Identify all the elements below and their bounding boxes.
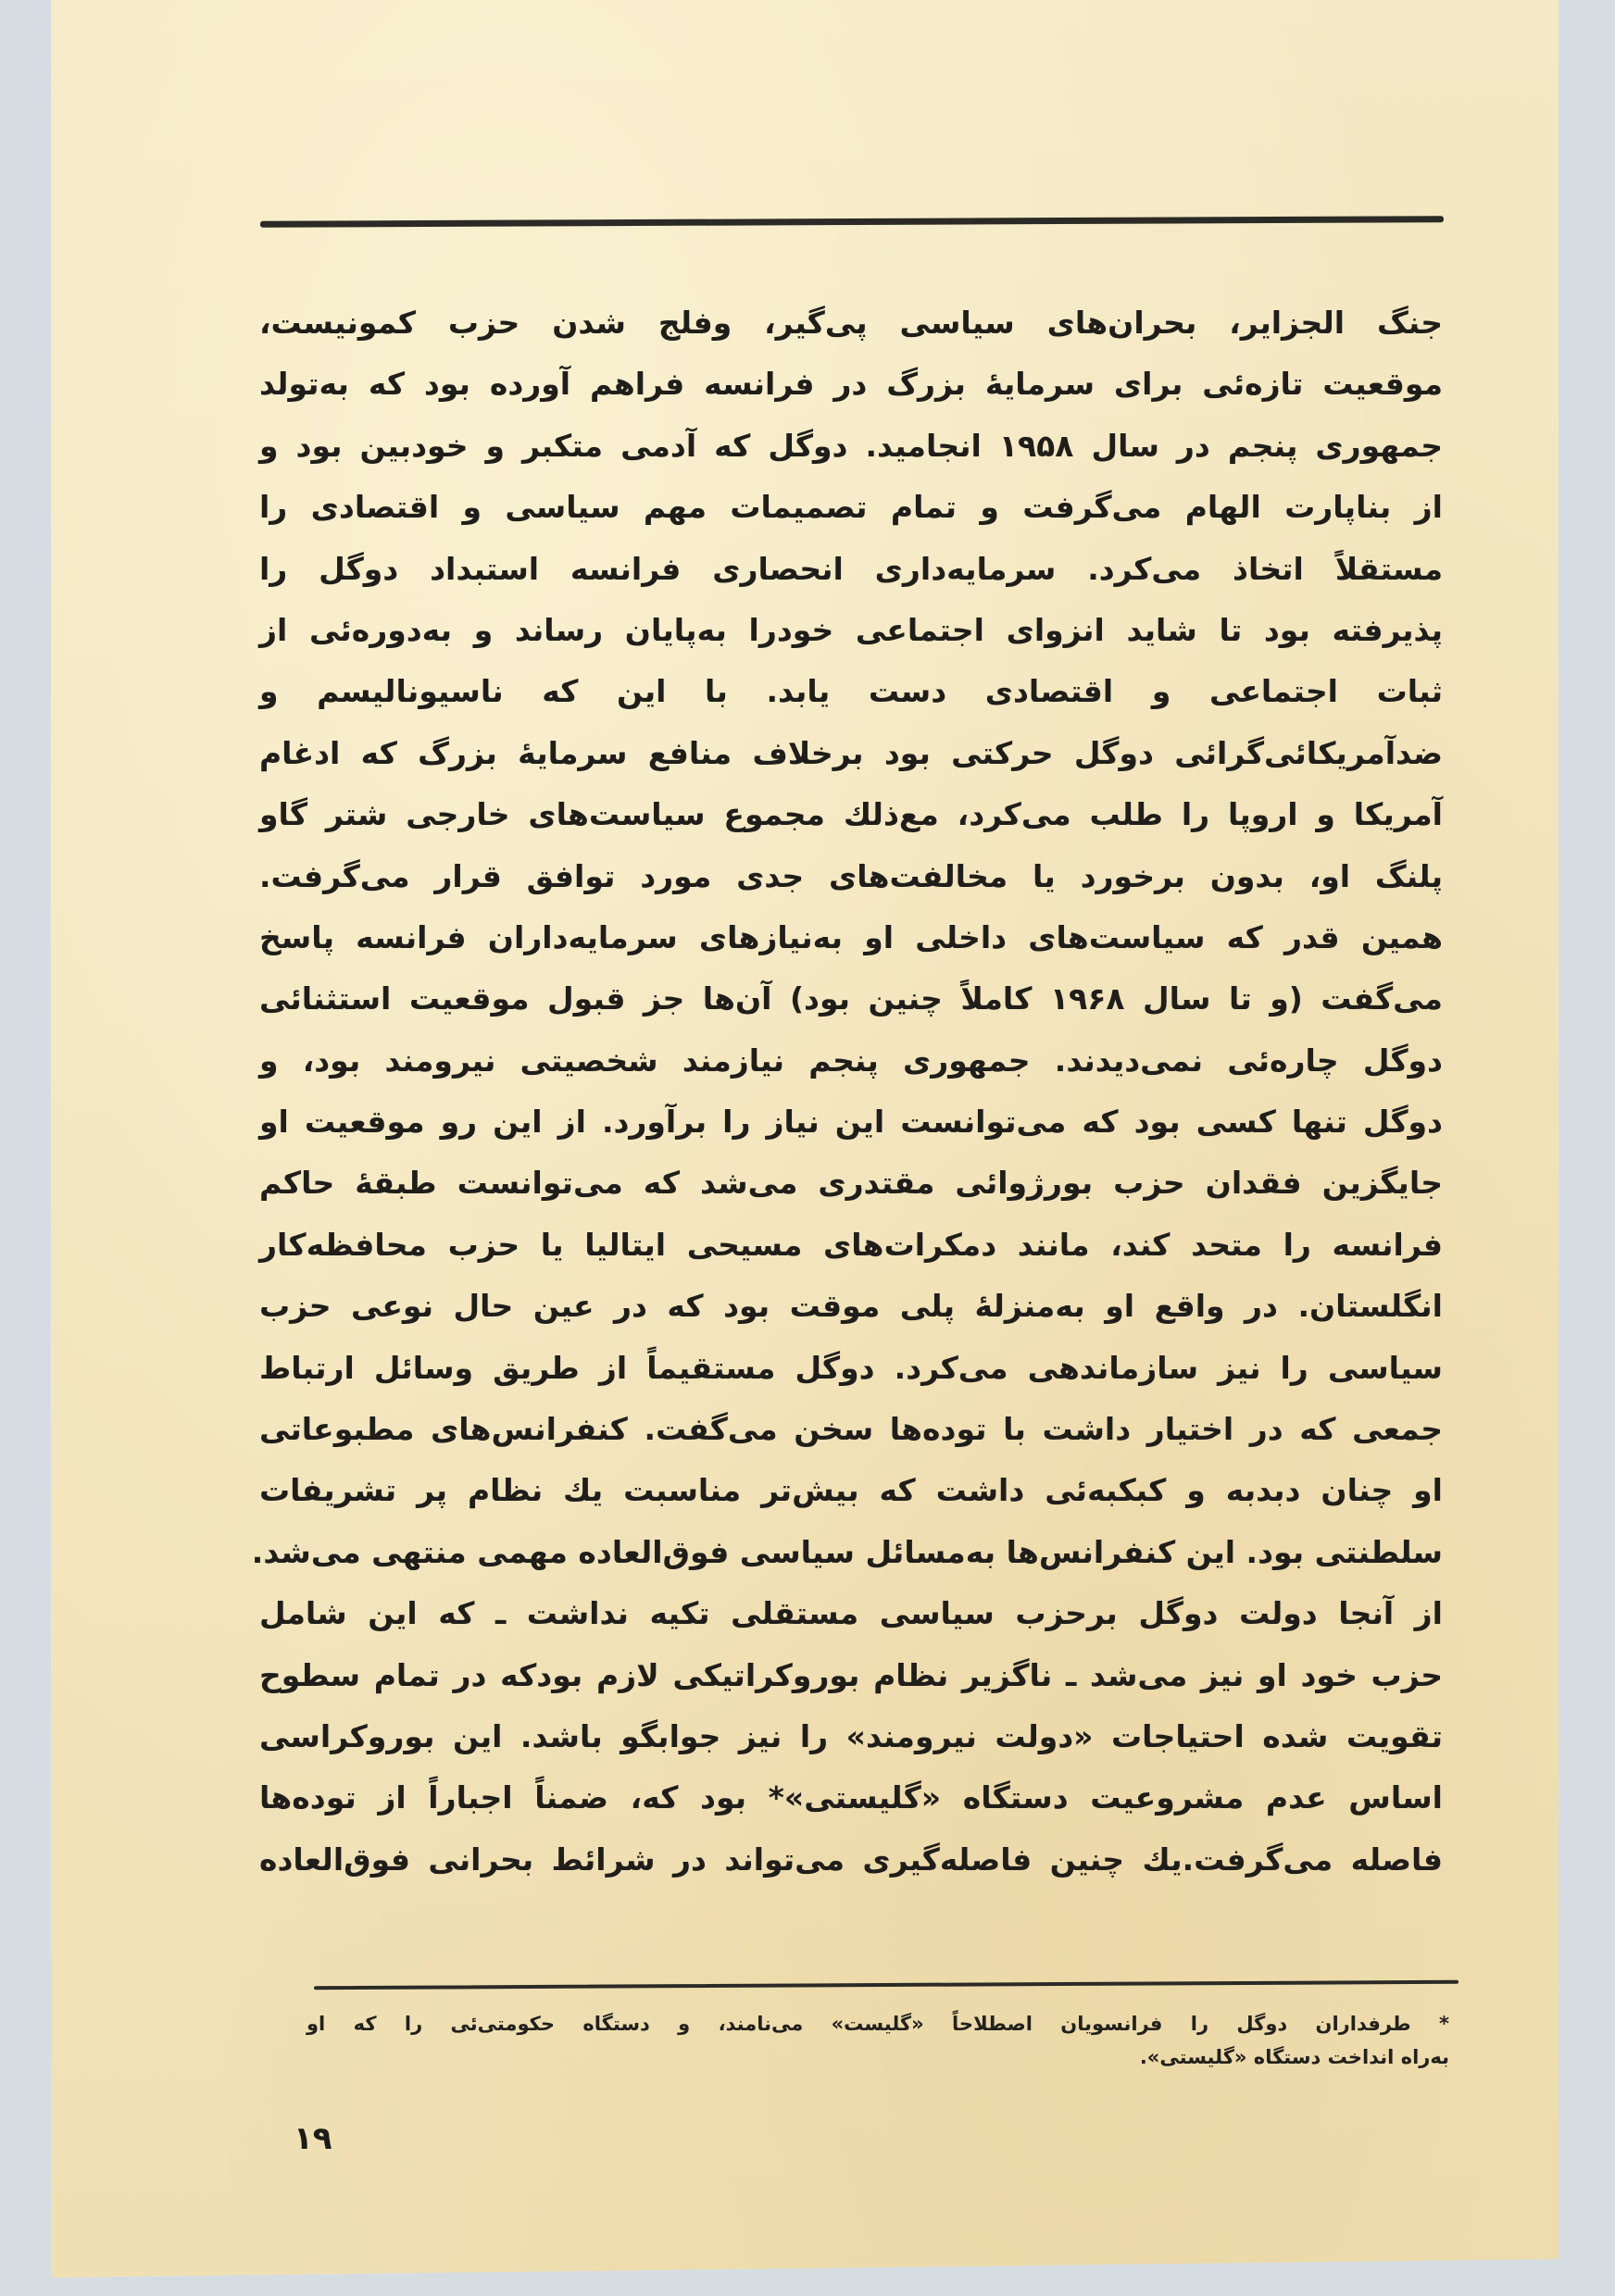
- text-line: جایگزین فقدان حزب بورژوائی مقتدری می‌شد …: [259, 1153, 1443, 1214]
- text-line: سلطنتی بود. این کنفرانس‌ها به‌مسائل سیاس…: [259, 1522, 1443, 1583]
- text-line: ثبات اجتماعی و اقتصادی دست یابد. با این …: [259, 661, 1443, 722]
- text-line: همین قدر که سیاست‌های داخلی او به‌نیازها…: [259, 907, 1443, 968]
- text-line: از بناپارت الهام می‌گرفت و تمام تصمیمات …: [259, 477, 1443, 538]
- text-line: جنگ الجزایر، بحران‌های سیاسی پی‌گیر، وفل…: [259, 293, 1443, 354]
- footnote-line: به‌راه انداخت دستگاه «گلیستی».: [307, 2040, 1449, 2074]
- footnote-rule: [314, 1980, 1459, 1990]
- text-line: موقعیت تازه‌ئی برای سرمایهٔ بزرگ در فران…: [259, 354, 1443, 415]
- text-line: مستقلاً اتخاذ می‌کرد. سرمایه‌داری انحصار…: [259, 539, 1443, 600]
- text-line: سیاسی را نیز سازماندهی می‌کرد. دوگل مستق…: [259, 1338, 1443, 1399]
- text-line: فرانسه را متحد کند، مانند دمکرات‌های مسی…: [259, 1215, 1443, 1276]
- text-line: تقویت شده احتیاجات «دولت نیرومند» را نیز…: [259, 1706, 1443, 1767]
- text-line: فاصله می‌گرفت.یك چنین فاصله‌گیری می‌توان…: [259, 1829, 1443, 1890]
- text-line: پذیرفته بود تا شاید انزوای اجتماعی خودرا…: [259, 600, 1443, 661]
- text-line: انگلستان. در واقع او به‌منزلهٔ پلی موقت …: [259, 1276, 1443, 1337]
- text-line: ضدآمریکائی‌گرائی دوگل حرکتی بود برخلاف م…: [259, 723, 1443, 784]
- footnote-line: * طرفداران دوگل را فرانسویان اصطلاحاً «گ…: [307, 2007, 1449, 2040]
- footnote: * طرفداران دوگل را فرانسویان اصطلاحاً «گ…: [307, 2007, 1449, 2074]
- text-line: اساس عدم مشروعیت دستگاه «گلیستی»* بود که…: [259, 1767, 1443, 1828]
- text-line: می‌گفت (و تا سال ۱۹۶۸ کاملاً چنین بود) آ…: [259, 968, 1443, 1029]
- text-line: از آنجا دولت دوگل برحزب سیاسی مستقلی تکی…: [259, 1583, 1443, 1644]
- text-line: دوگل چاره‌ئی نمی‌دیدند. جمهوری پنجم نیاز…: [259, 1030, 1443, 1092]
- text-line: حزب خود او نیز می‌شد ـ ناگزیر نظام بوروک…: [259, 1645, 1443, 1706]
- page-number: ۱۹: [294, 2120, 332, 2157]
- text-line: جمعی که در اختیار داشت با توده‌ها سخن می…: [259, 1399, 1443, 1460]
- text-line: او چنان دبدبه و کبکبه‌ئی داشت که بیش‌تر …: [259, 1460, 1443, 1521]
- text-line: پلنگ او، بدون برخورد یا مخالفت‌های جدی م…: [259, 846, 1443, 907]
- header-rule: [260, 216, 1444, 228]
- text-line: جمهوری پنجم در سال ۱۹۵۸ انجامید. دوگل که…: [259, 416, 1443, 477]
- body-text: جنگ الجزایر، بحران‌های سیاسی پی‌گیر، وفل…: [259, 293, 1443, 1890]
- book-page: جنگ الجزایر، بحران‌های سیاسی پی‌گیر، وفل…: [51, 0, 1559, 2277]
- text-line: آمریکا و اروپا را طلب می‌کرد، مع‌ذلك مجم…: [259, 784, 1443, 845]
- text-line: دوگل تنها کسی بود که می‌توانست این نیاز …: [259, 1092, 1443, 1153]
